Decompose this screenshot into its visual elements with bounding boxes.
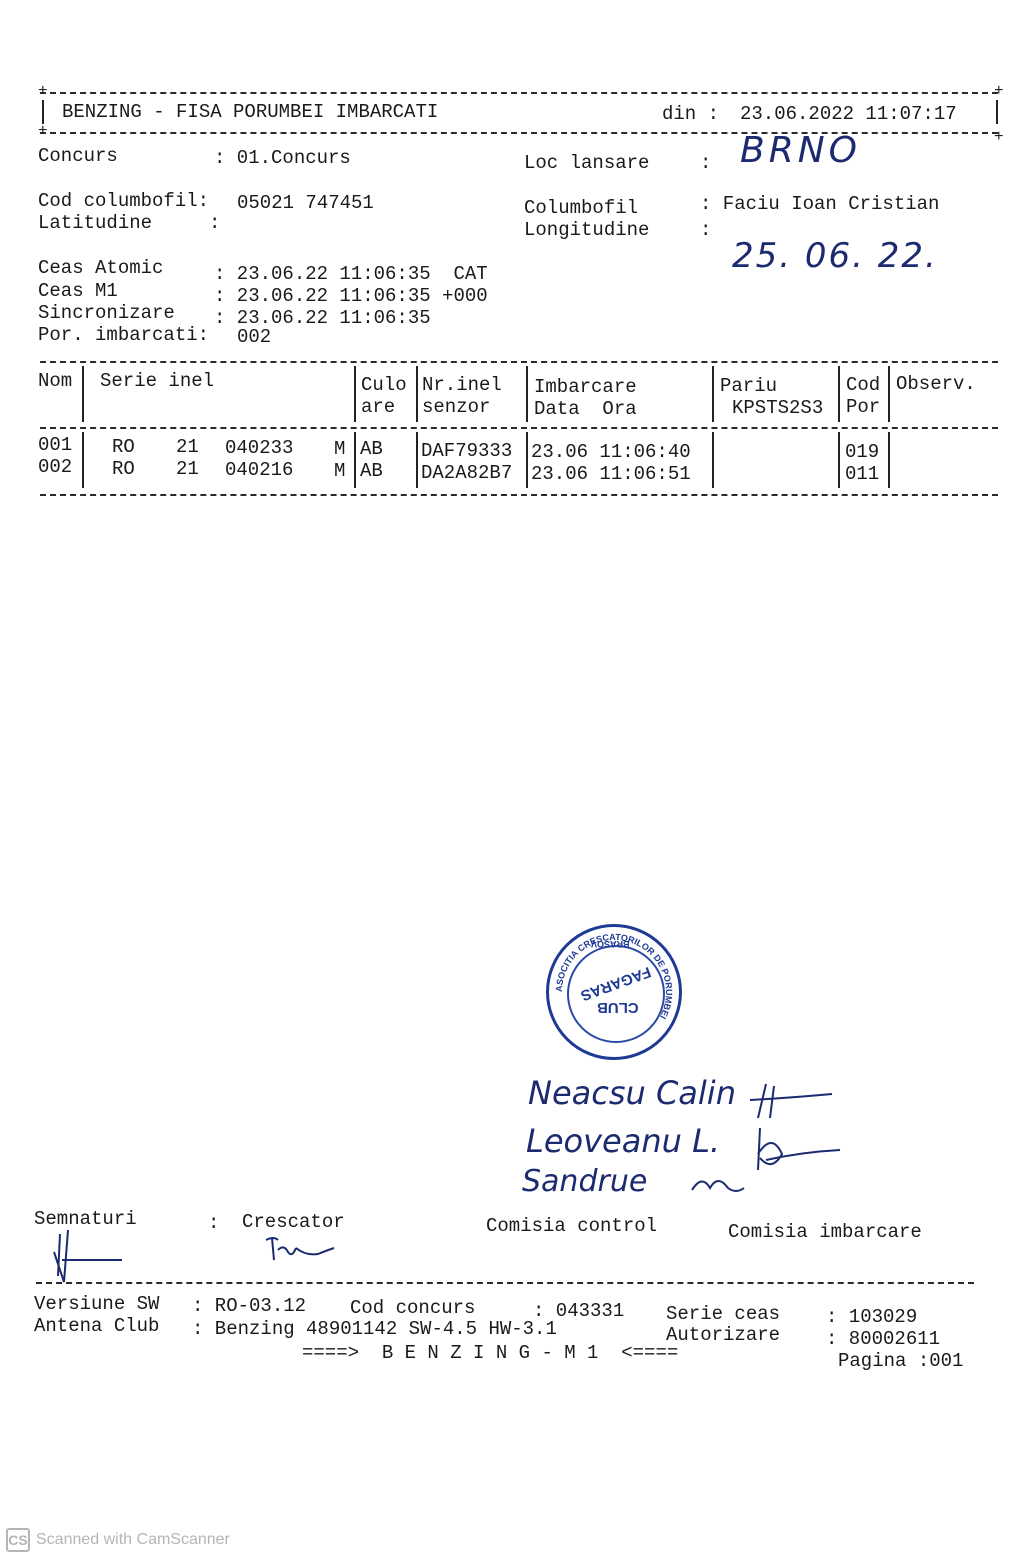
cell-culoare: AB <box>360 438 383 460</box>
col-sep <box>526 432 528 488</box>
benzing-banner: ====> B E N Z I N G - M 1 <==== <box>302 1342 678 1364</box>
cell-cod-por: 011 <box>845 463 879 485</box>
versiune-sw-value: : RO-03.12 <box>192 1295 306 1317</box>
col-sep <box>82 432 84 488</box>
loc-lansare-sep: : <box>700 152 711 174</box>
col-sep <box>354 432 356 488</box>
header-culoare-2: are <box>361 396 395 418</box>
header-observ: Observ. <box>896 373 976 395</box>
antena-club-value: : Benzing 48901142 SW-4.5 HW-3.1 <box>192 1318 557 1340</box>
cod-columbofil-value: 05021 747451 <box>237 192 374 214</box>
comisia-control-label: Comisia control <box>486 1215 657 1237</box>
antena-club-label: Antena Club <box>34 1315 159 1337</box>
table-bottom-border <box>40 494 998 496</box>
header-serie-inel: Serie inel <box>100 370 214 392</box>
border-corner: + <box>994 130 1004 144</box>
comisia-imbarcare-label: Comisia imbarcare <box>728 1221 922 1243</box>
page-number: Pagina :001 <box>838 1350 963 1372</box>
col-sep <box>354 366 356 422</box>
col-sep <box>526 366 528 422</box>
cell-culoare: AB <box>360 460 383 482</box>
header-pariu-2: KPSTS2S3 <box>732 397 823 419</box>
footer-divider <box>36 1282 974 1284</box>
ceas-m1-label: Ceas M1 <box>38 280 118 302</box>
latitudine-label: Latitudine : <box>38 212 220 234</box>
serie-ceas-value: : 103029 <box>826 1306 917 1328</box>
col-sep <box>838 432 840 488</box>
club-stamp: ASOCITIA CRESCATORILOR DE PORUMBEI BRASO… <box>546 924 682 1060</box>
cell-imbarcare: 23.06 11:06:51 <box>531 463 691 485</box>
semnaturi-sep: : <box>208 1212 219 1234</box>
handwritten-signature-3: Sandrue <box>522 1164 647 1199</box>
cell-sex: M <box>334 460 345 482</box>
signature-scribble-2 <box>752 1124 848 1174</box>
header-pariu-1: Pariu <box>720 375 777 397</box>
cell-year: 21 <box>176 458 199 480</box>
col-sep <box>838 366 840 422</box>
handwritten-date: 25. 06. 22. <box>732 236 938 276</box>
concurs-value: : 01.Concurs <box>214 147 351 169</box>
signature-scribble-1 <box>748 1080 838 1120</box>
versiune-sw-label: Versiune SW <box>34 1293 159 1315</box>
header-nom: Nom <box>38 370 72 392</box>
header-imbarcare-2: Data Ora <box>534 398 637 420</box>
cell-cod-por: 019 <box>845 441 879 463</box>
ceas-m1-value: : 23.06.22 11:06:35 +000 <box>214 285 488 307</box>
ceas-atomic-label: Ceas Atomic <box>38 257 163 279</box>
signature-crescator-scribble <box>262 1234 338 1264</box>
serie-ceas-label: Serie ceas <box>666 1303 780 1325</box>
header-culoare-1: Culo <box>361 374 407 396</box>
crescator-label: Crescator <box>242 1211 345 1233</box>
columbofil-value: : Faciu Ioan Cristian <box>700 193 939 215</box>
longitudine-sep: : <box>700 219 711 241</box>
col-sep <box>712 432 714 488</box>
ceas-atomic-value: : 23.06.22 11:06:35 CAT <box>214 263 488 285</box>
autorizare-value: : 80002611 <box>826 1328 940 1350</box>
header-cod-2: Por <box>846 396 880 418</box>
cell-nom: 001 <box>38 434 72 456</box>
cell-senzor: DAF79333 <box>421 440 512 462</box>
header-right-bar <box>996 100 998 124</box>
camscanner-logo-icon: CS <box>6 1528 30 1552</box>
header-left-bar <box>42 100 44 124</box>
border-corner: + <box>994 84 1004 98</box>
cell-country: RO <box>112 458 135 480</box>
autorizare-label: Autorizare <box>666 1324 780 1346</box>
cell-country: RO <box>112 436 135 458</box>
col-sep <box>416 366 418 422</box>
col-sep <box>888 366 890 422</box>
cod-concurs-label: Cod concurs <box>350 1297 475 1319</box>
cod-columbofil-label: Cod columbofil: <box>38 190 209 212</box>
cell-year: 21 <box>176 436 199 458</box>
header-nr-inel-1: Nr.inel <box>422 374 502 396</box>
columbofil-label: Columbofil <box>524 197 638 219</box>
col-sep <box>82 366 84 422</box>
col-sep <box>888 432 890 488</box>
cell-ring: 040233 <box>225 437 293 459</box>
table-header-border <box>40 427 998 429</box>
table-top-border <box>40 361 998 363</box>
cell-sex: M <box>334 438 345 460</box>
signature-scribble-3 <box>688 1170 748 1200</box>
camscanner-text: Scanned with CamScanner <box>36 1531 230 1549</box>
border-corner: + <box>38 124 48 138</box>
header-cod-1: Cod <box>846 374 880 396</box>
por-imbarcati-label: Por. imbarcati: <box>38 324 209 346</box>
cell-nom: 002 <box>38 456 72 478</box>
loc-lansare-handwritten: BRNO <box>740 130 861 171</box>
print-date-value: 23.06.2022 11:07:17 <box>740 103 957 125</box>
header-nr-inel-2: senzor <box>422 396 490 418</box>
concurs-label: Concurs <box>38 145 118 167</box>
document-title: BENZING - FISA PORUMBEI IMBARCATI <box>62 101 438 123</box>
stamp-center-1: CLUB <box>597 999 639 1016</box>
col-sep <box>416 432 418 488</box>
stamp-top-text: BRASOV <box>591 939 630 949</box>
border-corner: + <box>38 84 48 98</box>
por-imbarcati-value: 002 <box>237 326 271 348</box>
cell-senzor: DA2A82B7 <box>421 462 512 484</box>
cell-ring: 040216 <box>225 459 293 481</box>
cell-imbarcare: 23.06 11:06:40 <box>531 441 691 463</box>
sincronizare-label: Sincronizare <box>38 302 175 324</box>
header-imbarcare-1: Imbarcare <box>534 376 637 398</box>
loc-lansare-label: Loc lansare <box>524 152 649 174</box>
print-date-label: din : <box>662 103 719 125</box>
camscanner-watermark: CS Scanned with CamScanner <box>6 1528 230 1552</box>
longitudine-label: Longitudine <box>524 219 649 241</box>
handwritten-signature-2: Leoveanu L. <box>526 1122 720 1160</box>
header-top-border <box>40 92 998 94</box>
signature-semnaturi-scribble <box>50 1226 130 1284</box>
handwritten-signature-1: Neacsu Calin <box>528 1074 736 1112</box>
col-sep <box>712 366 714 422</box>
